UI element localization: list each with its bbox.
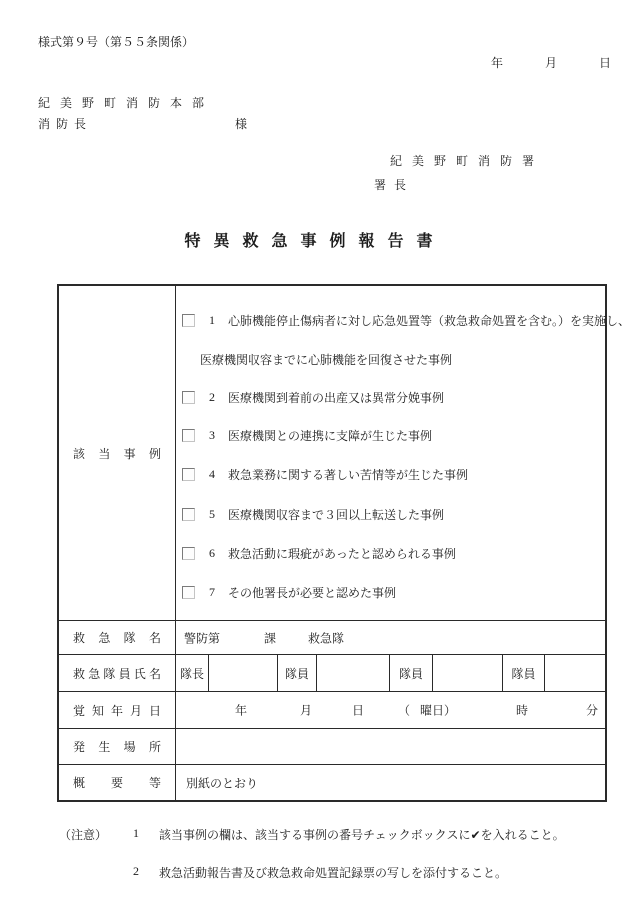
summary-label-cell: 概要等	[59, 765, 176, 800]
date-day-label: 日	[599, 54, 611, 71]
location-value-cell[interactable]	[176, 729, 605, 764]
datetime-weekday-label: 曜日）	[420, 702, 456, 719]
datetime-value-cell[interactable]: 年 月 日 （ 曜日） 時 分	[176, 692, 605, 728]
summary-value: 別紙のとおり	[186, 774, 258, 791]
case-7-checkbox[interactable]	[182, 586, 195, 599]
case-4-number: 4	[207, 467, 217, 482]
location-label: 発生場所	[59, 738, 175, 755]
case-1-text-continued: 医療機関収容までに心肺機能を回復させた事例	[200, 351, 452, 368]
case-7-number: 7	[207, 585, 217, 600]
cases-content-cell: 1 心肺機能停止傷病者に対し応急処置等（救急救命処置を含む。）を実施し、 医療機…	[176, 286, 605, 620]
case-5-number: 5	[207, 507, 217, 522]
case-item-7: 7 その他署長が必要と認めた事例	[176, 585, 396, 599]
case-item-5: 5 医療機関収容まで３回以上転送した事例	[176, 507, 444, 521]
cases-label: 該当事例	[59, 445, 175, 462]
page-title: 特異救急事例報告書	[0, 228, 630, 251]
case-item-2: 2 医療機関到着前の出産又は異常分娩事例	[176, 390, 444, 404]
datetime-year-label: 年	[235, 702, 247, 719]
case-6-text: 救急活動に瑕疵があったと認められる事例	[228, 545, 456, 562]
form-number: 様式第９号（第５５条関係）	[38, 33, 194, 50]
cases-label-cell: 該当事例	[59, 286, 176, 620]
addressee-position: 消防長	[38, 115, 92, 132]
squad-value-section: 課	[264, 629, 276, 646]
member-name-input-1[interactable]	[209, 655, 278, 691]
case-item-4: 4 救急業務に関する著しい苦情等が生じた事例	[176, 467, 468, 481]
datetime-label-cell: 覚知年月日	[59, 692, 176, 728]
datetime-day-label: 日	[352, 702, 364, 719]
note-1-text: 該当事例の欄は、該当する事例の番号チェックボックスに✔を入れること。	[159, 826, 565, 843]
case-3-number: 3	[207, 428, 217, 443]
squad-value-cell: 警防第 課 救急隊	[176, 621, 605, 654]
location-label-cell: 発生場所	[59, 729, 176, 764]
members-label-cell: 救急隊員氏名	[59, 655, 176, 691]
case-5-checkbox[interactable]	[182, 508, 195, 521]
datetime-label: 覚知年月日	[59, 702, 175, 719]
summary-label: 概要等	[59, 774, 175, 791]
case-item-1: 1 心肺機能停止傷病者に対し応急処置等（救急救命処置を含む。）を実施し、	[176, 313, 630, 327]
member-role-crew-1: 隊員	[278, 655, 317, 691]
case-2-number: 2	[207, 390, 217, 405]
table-row-cases: 該当事例 1 心肺機能停止傷病者に対し応急処置等（救急救命処置を含む。）を実施し…	[59, 286, 605, 620]
squad-value-suffix: 救急隊	[308, 629, 344, 646]
member-name-input-4[interactable]	[545, 655, 605, 691]
note-1-number: 1	[133, 826, 139, 841]
squad-label: 救急隊名	[59, 629, 175, 646]
datetime-minute-label: 分	[586, 702, 598, 719]
case-5-text: 医療機関収容まで３回以上転送した事例	[228, 506, 444, 523]
datetime-hour-label: 時	[516, 702, 528, 719]
member-role-captain: 隊長	[176, 655, 209, 691]
table-row-squad-name: 救急隊名 警防第 課 救急隊	[59, 620, 605, 654]
case-4-text: 救急業務に関する著しい苦情等が生じた事例	[228, 466, 468, 483]
case-item-3: 3 医療機関との連携に支障が生じた事例	[176, 428, 432, 442]
case-3-checkbox[interactable]	[182, 429, 195, 442]
sender-organization: 紀美野町消防署	[390, 152, 544, 169]
case-1-checkbox[interactable]	[182, 314, 195, 327]
date-year-label: 年	[491, 54, 503, 71]
summary-value-cell: 別紙のとおり	[176, 765, 605, 800]
case-1-text: 心肺機能停止傷病者に対し応急処置等（救急救命処置を含む。）を実施し、	[228, 312, 630, 329]
addressee-honorific: 様	[235, 115, 247, 132]
members-cells: 隊長 隊員 隊員 隊員	[176, 655, 605, 691]
member-name-input-2[interactable]	[317, 655, 390, 691]
addressee-organization: 紀美野町消防本部	[38, 94, 214, 111]
case-4-checkbox[interactable]	[182, 468, 195, 481]
report-table: 該当事例 1 心肺機能停止傷病者に対し応急処置等（救急救命処置を含む。）を実施し…	[57, 284, 607, 802]
datetime-month-label: 月	[300, 702, 312, 719]
table-row-location: 発生場所	[59, 728, 605, 764]
squad-value-prefix: 警防第	[184, 629, 220, 646]
member-name-input-3[interactable]	[433, 655, 503, 691]
member-role-crew-3: 隊員	[503, 655, 545, 691]
table-row-members: 救急隊員氏名 隊長 隊員 隊員 隊員	[59, 654, 605, 691]
case-item-6: 6 救急活動に瑕疵があったと認められる事例	[176, 546, 456, 560]
squad-label-cell: 救急隊名	[59, 621, 176, 654]
note-2-number: 2	[133, 864, 139, 879]
case-3-text: 医療機関との連携に支障が生じた事例	[228, 427, 432, 444]
table-row-summary: 概要等 別紙のとおり	[59, 764, 605, 800]
case-6-checkbox[interactable]	[182, 547, 195, 560]
case-6-number: 6	[207, 546, 217, 561]
report-form-page: 様式第９号（第５５条関係） 年 月 日 紀美野町消防本部 消防長 様 紀美野町消…	[0, 0, 630, 903]
notes-heading: （注意）	[59, 826, 107, 843]
member-role-crew-2: 隊員	[390, 655, 433, 691]
table-row-datetime: 覚知年月日 年 月 日 （ 曜日） 時 分	[59, 691, 605, 728]
datetime-paren-open: （	[398, 702, 410, 719]
note-2-text: 救急活動報告書及び救急救命処置記録票の写しを添付すること。	[159, 864, 507, 881]
case-2-checkbox[interactable]	[182, 391, 195, 404]
date-month-label: 月	[545, 54, 557, 71]
sender-position: 署長	[374, 176, 414, 193]
members-label: 救急隊員氏名	[59, 665, 175, 682]
case-7-text: その他署長が必要と認めた事例	[228, 584, 396, 601]
case-1-number: 1	[207, 313, 217, 328]
case-2-text: 医療機関到着前の出産又は異常分娩事例	[228, 389, 444, 406]
